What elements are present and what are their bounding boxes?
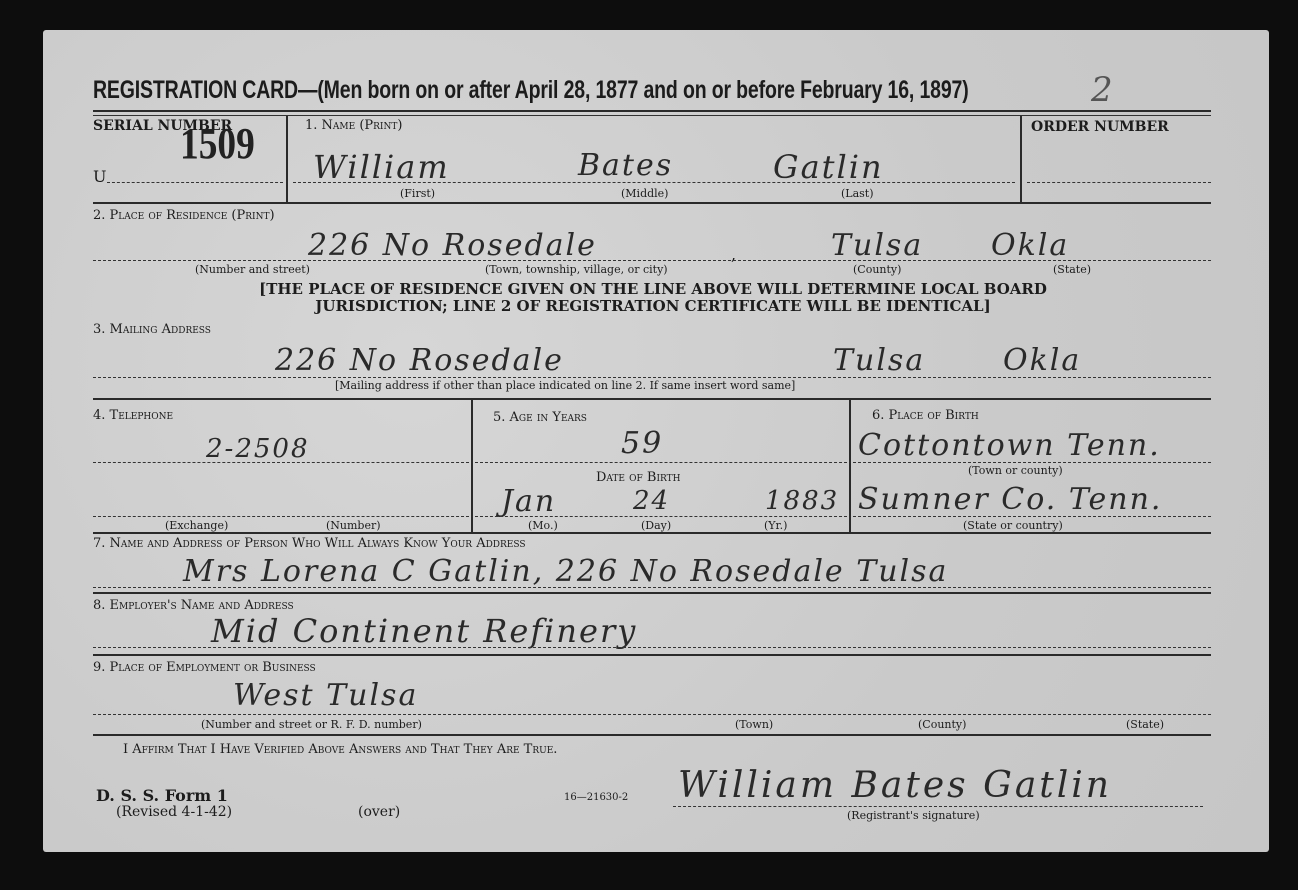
name-last[interactable]: Gatlin [773,148,884,186]
employment-place-label: 9. Place of Employment or Business [93,660,316,675]
birth-month-caption: (Mo.) [528,519,558,532]
employment-state-caption: (State) [1126,718,1164,731]
employment-street-caption: (Number and street or R. F. D. number) [201,718,422,731]
employment-town-caption: (Town) [735,718,773,731]
name-last-caption: (Last) [841,187,874,200]
birth-day[interactable]: 24 [633,486,670,516]
mailing-label: 3. Mailing Address [93,322,211,337]
birthplace-state[interactable]: Sumner Co. Tenn. [858,482,1162,517]
order-number-label: ORDER NUMBER [1031,119,1169,135]
name-first[interactable]: William [313,148,450,186]
mailing-state[interactable]: Okla [1003,343,1081,378]
birthplace-label: 6. Place of Birth [872,408,979,423]
residence-county[interactable]: Tulsa [831,228,923,263]
mailing-street[interactable]: 226 No Rosedale [275,343,564,378]
registrant-signature[interactable]: William Bates Gatlin [678,765,1112,806]
birthplace-state-caption: (State or country) [963,519,1063,532]
mailing-caption: [Mailing address if other than place ind… [335,379,795,392]
birth-day-caption: (Day) [641,519,671,532]
mailing-city[interactable]: Tulsa [833,343,925,378]
page-mark: 2 [1091,70,1115,110]
telephone-exchange-caption: (Exchange) [165,519,228,532]
form-over: (over) [358,804,400,820]
name-middle-caption: (Middle) [621,187,668,200]
contact-label: 7. Name and Address of Person Who Will A… [93,536,526,551]
employment-place-value[interactable]: West Tulsa [233,678,418,713]
residence-notice-line2: JURISDICTION; LINE 2 OF REGISTRATION CER… [173,298,1133,315]
registration-card: REGISTRATION CARD—(Men born on or after … [43,30,1269,852]
birthplace-town-caption: (Town or county) [968,464,1063,477]
affirmation-text: I Affirm That I Have Verified Above Answ… [123,742,557,757]
telephone-value[interactable]: 2-2508 [206,434,310,464]
serial-prefix: U [93,167,106,186]
employment-county-caption: (County) [918,718,966,731]
telephone-number-caption: (Number) [326,519,381,532]
age-value[interactable]: 59 [621,426,663,461]
residence-state-caption: (State) [1053,263,1091,276]
residence-street[interactable]: 226 No Rosedale [308,228,597,263]
residence-separator: , [731,245,736,264]
employer-label: 8. Employer's Name and Address [93,598,294,613]
name-label: 1. Name (Print) [305,118,402,133]
contact-value[interactable]: Mrs Lorena C Gatlin, 226 No Rosedale Tul… [183,554,948,589]
form-print-code: 16—21630-2 [564,792,628,803]
birth-month[interactable]: Jan [501,484,556,519]
birth-year-caption: (Yr.) [764,519,787,532]
date-of-birth-label: Date of Birth [596,470,680,485]
employer-value[interactable]: Mid Continent Refinery [211,612,637,650]
residence-street-caption: (Number and street) [195,263,310,276]
name-middle[interactable]: Bates [578,148,673,183]
signature-caption: (Registrant's signature) [847,809,980,822]
name-first-caption: (First) [400,187,435,200]
residence-county-caption: (County) [853,263,901,276]
serial-number-value: 1509 [180,118,255,169]
residence-state[interactable]: Okla [991,228,1069,263]
telephone-label: 4. Telephone [93,408,173,423]
form-name: D. S. S. Form 1 [96,786,228,805]
residence-notice-line1: [THE PLACE OF RESIDENCE GIVEN ON THE LIN… [173,281,1133,298]
residence-label: 2. Place of Residence (Print) [93,208,275,223]
card-title: REGISTRATION CARD—(Men born on or after … [93,76,969,105]
birthplace-town[interactable]: Cottontown Tenn. [858,428,1161,463]
residence-town-caption: (Town, township, village, or city) [485,263,668,276]
age-label: 5. Age in Years [493,410,587,425]
form-revised: (Revised 4-1-42) [116,804,232,820]
birth-year[interactable]: 1883 [765,486,839,516]
